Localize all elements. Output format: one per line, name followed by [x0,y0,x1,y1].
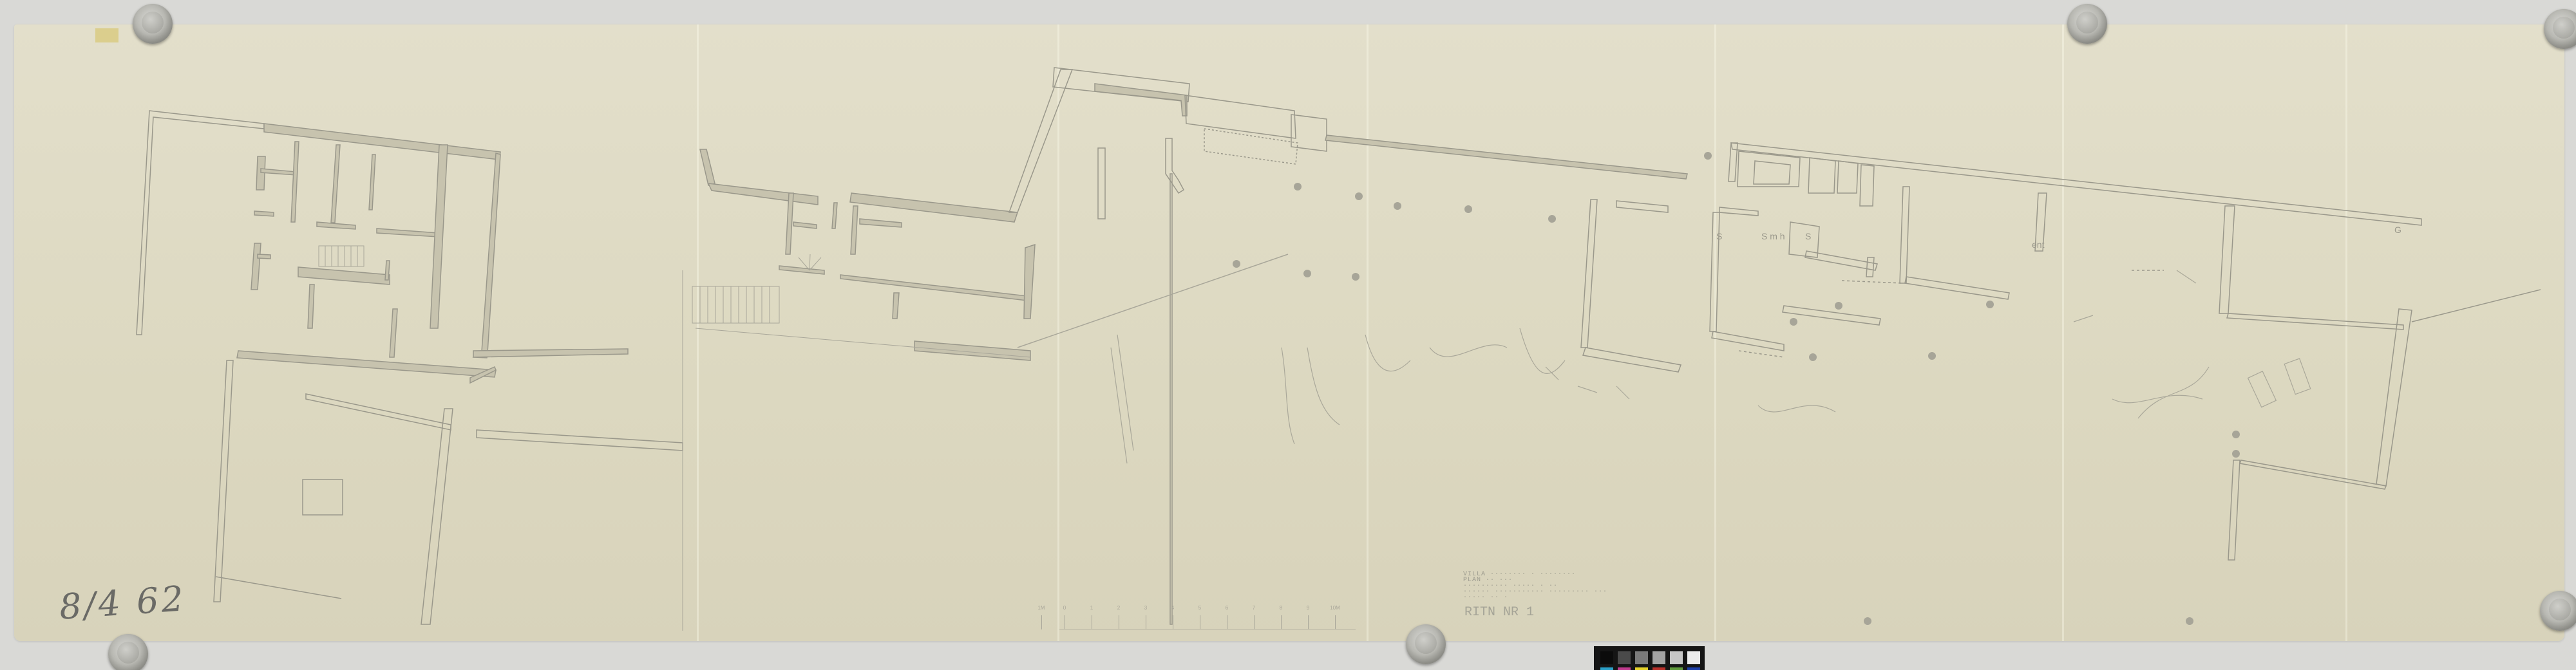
west-wing-plan [137,111,683,624]
color-swatch [1600,667,1613,670]
color-calibration-chart [1594,646,1705,670]
title-block: VILLA ········ · ········ PLAN ·· ··· ··… [1463,572,1607,600]
svg-text:S: S [1805,231,1811,241]
color-swatch [1618,667,1631,670]
svg-text:S m h: S m h [1761,231,1785,241]
tape-piece [95,28,118,42]
title-line: ····· ·· · [1463,595,1607,600]
magnet-pin [1406,624,1446,664]
scale-label: 8 [1280,605,1282,611]
svg-text:G: G [2394,225,2401,235]
gray-swatch [1618,651,1631,664]
scale-label: 10M [1330,605,1340,611]
scale-label: 6 [1226,605,1228,611]
scale-label: 1 [1090,605,1093,611]
gray-swatch [1687,651,1700,664]
svg-text:ent: ent [2032,239,2045,250]
magnet-pin [2067,4,2107,44]
gray-swatch [1600,651,1613,664]
column-dots [1233,152,2240,625]
east-wing-plan [1581,143,2541,560]
magnet-pin [133,4,173,44]
gray-swatch [1653,651,1665,664]
central-wing-plan [683,149,1035,631]
sheet-number: RITN NR 1 [1464,605,1534,620]
gray-swatch [1670,651,1683,664]
magnet-pin [2540,591,2576,631]
color-swatch [1635,667,1648,670]
magnet-pin [108,634,148,670]
scale-label: 0 [1063,605,1066,611]
scale-bar: 1M 0 1 2 3 4 5 6 7 8 9 10M [1034,605,1356,637]
gray-swatch [1635,651,1648,664]
scale-label: 7 [1253,605,1255,611]
floor-plan-drawing: S S m h S ent G [0,0,2576,670]
entrance-connector-plan [1009,68,1687,624]
color-swatch [1653,667,1665,670]
svg-text:S: S [1716,231,1722,241]
scale-label: 5 [1198,605,1201,611]
scale-label: 2 [1117,605,1120,611]
color-swatch [1687,667,1700,670]
scale-label: 1M [1037,605,1045,611]
scale-label: 4 [1171,605,1174,611]
scale-bar-baseline [1059,629,1356,629]
color-swatch [1670,667,1683,670]
scale-label: 3 [1144,605,1147,611]
scale-label: 9 [1307,605,1309,611]
